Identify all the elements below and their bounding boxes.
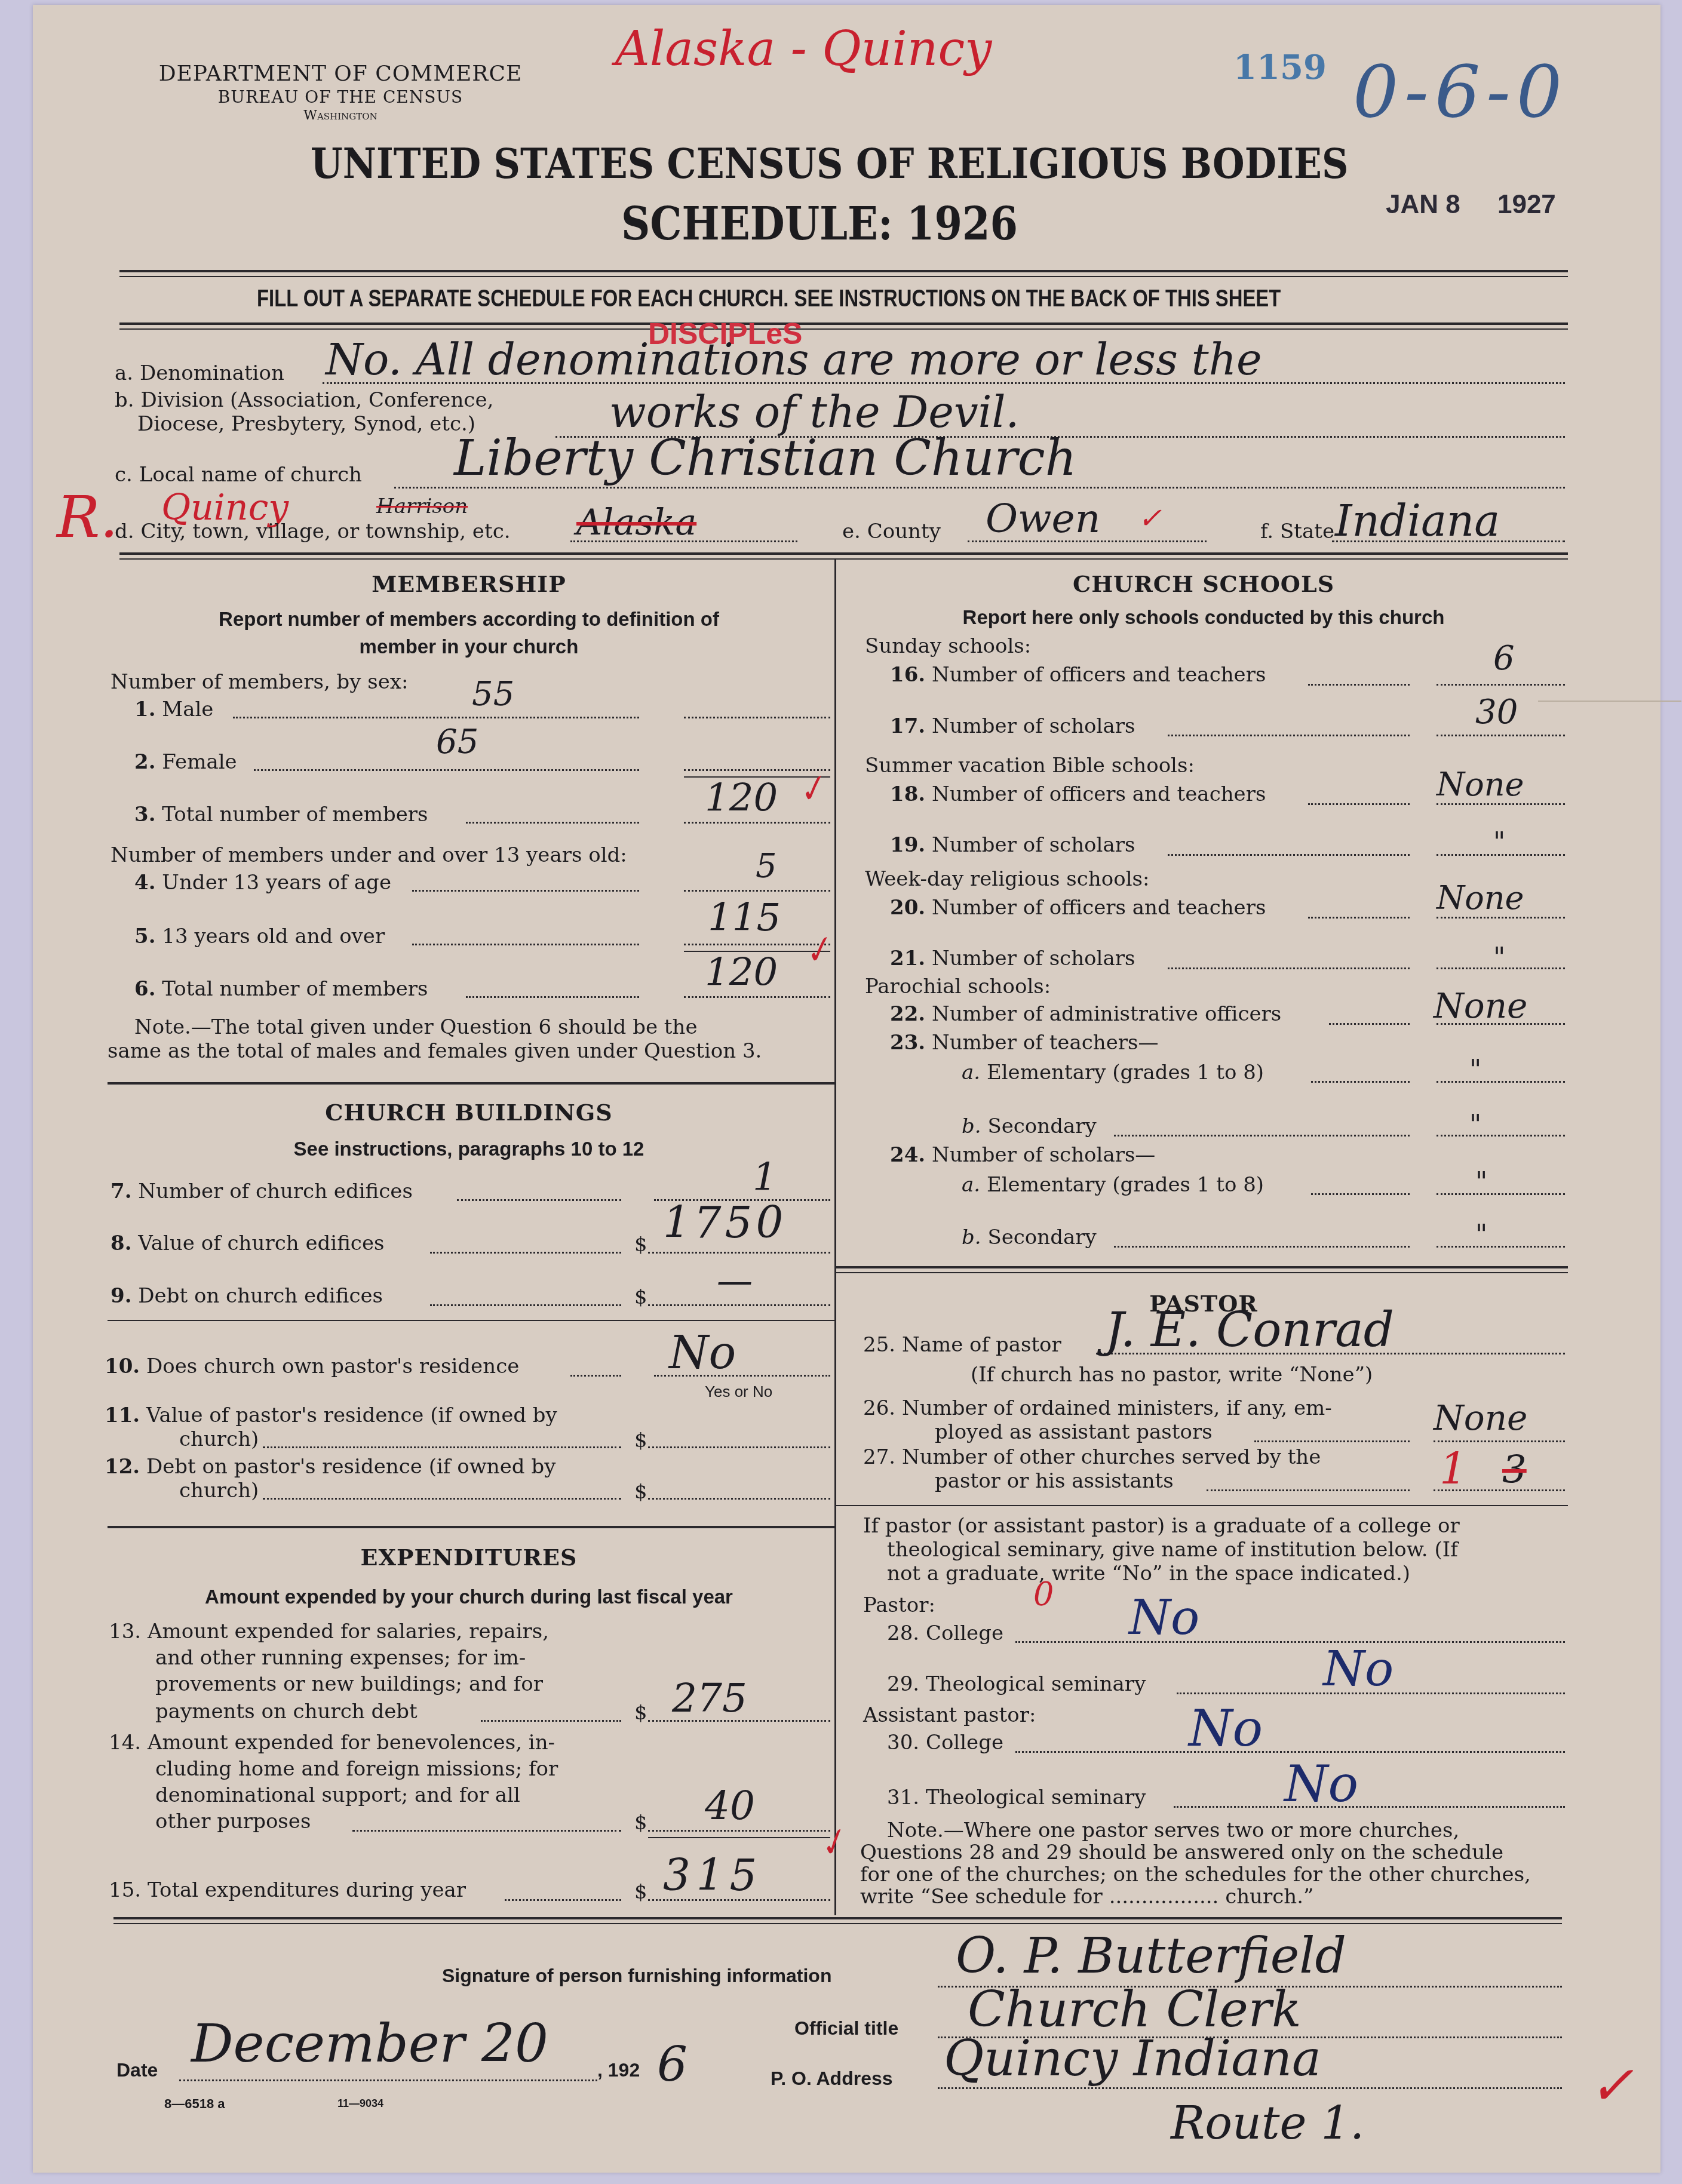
state-label: f. State xyxy=(1260,520,1334,543)
membership-note-1: Note.—The total given under Question 6 s… xyxy=(134,1015,698,1039)
red-check-mark: ✓ xyxy=(1589,2054,1634,2117)
dollar-sign: $ xyxy=(634,1285,647,1309)
margin-red-r-mark: R. xyxy=(57,484,118,551)
q30-value[interactable]: No xyxy=(1189,1699,1263,1758)
denomination-value[interactable]: No. All denominations are more or less t… xyxy=(326,334,1262,385)
over13-label: 5. 13 years old and over xyxy=(134,924,385,948)
female-label: 2. Female xyxy=(134,750,237,774)
schools-title: CHURCH SCHOOLS xyxy=(839,570,1568,597)
q13-value[interactable]: 275 xyxy=(672,1675,747,1721)
header-rule-top xyxy=(119,270,1568,272)
q15-label: 15. Total expenditures during year xyxy=(109,1878,466,1902)
q23b-value[interactable]: " xyxy=(1469,1110,1481,1140)
blue-handwritten-code: 0-6-0 xyxy=(1353,51,1568,134)
owns-residence-label: 10. Does church own pastor's residence xyxy=(105,1354,519,1378)
q14-value[interactable]: 40 xyxy=(705,1783,755,1829)
division-label-1: b. Division (Association, Conference, xyxy=(115,388,493,412)
q17-value[interactable]: 30 xyxy=(1475,693,1518,732)
q23a-label: a. Elementary (grades 1 to 8) xyxy=(962,1061,1264,1085)
expenditures-title: EXPENDITURES xyxy=(108,1544,830,1571)
q14-line-3: denominational support; and for all xyxy=(155,1783,520,1807)
department-header: DEPARTMENT OF COMMERCE BUREAU OF THE CEN… xyxy=(128,62,553,123)
ident-rule-bottom-2 xyxy=(119,558,1568,560)
year-prefix: , 192 xyxy=(597,2059,640,2081)
q20-label: 20. Number of officers and teachers xyxy=(890,896,1266,920)
city-label: d. City, town, village, or township, etc… xyxy=(115,520,511,543)
stamp-year: 1927 xyxy=(1497,190,1556,219)
red-check-mark: ✓ xyxy=(1138,502,1162,535)
q13-line-3: provements or new buildings; and for xyxy=(155,1672,543,1696)
q30-label: 30. College xyxy=(887,1731,1003,1755)
q28-label: 28. College xyxy=(887,1621,1003,1645)
local-name-label: c. Local name of church xyxy=(115,463,362,487)
q31-label: 31. Theological seminary xyxy=(887,1786,1146,1810)
q23-label: 23. Number of teachers— xyxy=(890,1031,1158,1055)
q27-line-1: 27. Number of other churches served by t… xyxy=(863,1445,1321,1469)
residence-debt-label-2: church) xyxy=(179,1479,259,1503)
column-divider xyxy=(834,560,836,1915)
city-value[interactable]: Alaska xyxy=(576,502,696,543)
q24b-value[interactable]: " xyxy=(1475,1220,1487,1250)
total-members-label-6: 6. Total number of members xyxy=(134,977,428,1001)
schools-subtitle: Report here only schools conducted by th… xyxy=(839,606,1568,629)
dept-line-2: BUREAU OF THE CENSUS xyxy=(128,87,553,107)
q14-line-1: 14. Amount expended for benevolences, in… xyxy=(109,1731,555,1755)
membership-note-2: same as the total of males and females g… xyxy=(108,1039,762,1063)
q20-value[interactable]: None xyxy=(1437,879,1524,917)
membership-subtitle-1: Report number of members according to de… xyxy=(108,608,830,631)
expenditures-subtitle: Amount expended by your church during la… xyxy=(108,1586,830,1608)
q23b-label: b. Secondary xyxy=(962,1114,1097,1138)
graduate-instruction-3: not a graduate, write “No” in the space … xyxy=(887,1562,1410,1586)
q23a-value[interactable]: " xyxy=(1469,1055,1481,1085)
ident-rule-bottom xyxy=(119,552,1568,555)
city-correction-harrison: Harrison xyxy=(376,494,468,518)
membership-title: MEMBERSHIP xyxy=(108,570,830,597)
group-summer: Summer vacation Bible schools: xyxy=(865,754,1195,778)
pastor-name-value[interactable]: J. E. Conrad xyxy=(1105,1302,1394,1357)
signature-value[interactable]: O. P. Butterfield xyxy=(956,1928,1346,1985)
red-annotation-alaska-quincy: Alaska - Quincy xyxy=(615,21,992,76)
po-address-line2[interactable]: Route 1. xyxy=(1171,2096,1364,2149)
form-number: 8—6518 a xyxy=(164,2096,225,2112)
q22-value[interactable]: None xyxy=(1434,985,1527,1026)
buildings-subtitle: See instructions, paragraphs 10 to 12 xyxy=(108,1138,830,1160)
q14-line-4: other purposes xyxy=(155,1810,311,1833)
local-name-value[interactable]: Liberty Christian Church xyxy=(454,430,1077,487)
dept-line-3: Washington xyxy=(128,108,553,123)
by-age-label: Number of members under and over 13 year… xyxy=(111,843,627,867)
under13-label: 4. Under 13 years of age xyxy=(134,871,391,895)
edifices-count-label: 7. Number of church edifices xyxy=(111,1179,413,1203)
red-zero-mark: 0 xyxy=(1033,1575,1054,1613)
male-value[interactable]: 55 xyxy=(472,675,514,714)
q27-line-2: pastor or his assistants xyxy=(935,1469,1174,1493)
header-rule-top-2 xyxy=(119,276,1568,277)
q13-line-2: and other running expenses; for im- xyxy=(155,1646,526,1670)
q29-value[interactable]: No xyxy=(1323,1641,1394,1697)
po-address-value[interactable]: Quincy Indiana xyxy=(944,2031,1321,2087)
date-value[interactable]: December 20 xyxy=(191,2013,548,2074)
q13-line-4: payments on church debt xyxy=(155,1700,418,1724)
edifices-value-label: 8. Value of church edifices xyxy=(111,1231,384,1255)
q22-label: 22. Number of administrative officers xyxy=(890,1002,1281,1026)
header-rule-bottom xyxy=(119,322,1568,325)
q28-value[interactable]: No xyxy=(1129,1590,1199,1645)
county-value[interactable]: Owen xyxy=(986,496,1100,542)
q25-hint: (If church has no pastor, write “None”) xyxy=(971,1363,1373,1387)
received-date-stamp: JAN 8 1927 xyxy=(1386,190,1556,220)
total-members-value-3[interactable]: 120 xyxy=(705,776,778,821)
total-members-value-6[interactable]: 120 xyxy=(705,951,778,995)
under13-value[interactable]: 5 xyxy=(756,847,777,886)
county-label: e. County xyxy=(842,520,941,543)
q31-value[interactable]: No xyxy=(1284,1755,1358,1813)
schedule-year: SCHEDULE: 1926 xyxy=(621,197,1018,250)
year-suffix-value[interactable]: 6 xyxy=(657,2036,687,2092)
residence-debt-label-1: 12. Debt on pastor's residence (if owned… xyxy=(105,1455,555,1479)
schools-rule-bottom xyxy=(836,1266,1568,1268)
pastor-note-3: for one of the churches; on the schedule… xyxy=(860,1863,1531,1887)
by-sex-label: Number of members, by sex: xyxy=(111,670,408,694)
q27-value-struck: 3 xyxy=(1502,1448,1527,1492)
residence-value-label-1: 11. Value of pastor's residence (if owne… xyxy=(105,1403,557,1427)
q13-line-1: 13. Amount expended for salaries, repair… xyxy=(109,1620,549,1644)
pastor-note-2: Questions 28 and 29 should be answered o… xyxy=(860,1841,1503,1864)
q16-label: 16. Number of officers and teachers xyxy=(890,663,1266,687)
male-label: 1. Male xyxy=(134,698,213,721)
q17-label: 17. Number of scholars xyxy=(890,714,1135,738)
date-label: Date xyxy=(116,2059,158,2081)
group-weekday: Week-day religious schools: xyxy=(865,867,1149,891)
paper-fold-line xyxy=(1538,701,1681,702)
local-name-line xyxy=(394,487,1565,489)
po-address-label: P. O. Address xyxy=(771,2068,893,2090)
q18-label: 18. Number of officers and teachers xyxy=(890,782,1266,806)
pastor-note-1: Note.—Where one pastor serves two or mor… xyxy=(887,1819,1459,1842)
assistant-pastor-subhead: Assistant pastor: xyxy=(863,1703,1036,1727)
owns-residence-value[interactable]: No xyxy=(669,1326,736,1379)
edifices-value-value[interactable]: 1750 xyxy=(663,1197,787,1248)
membership-rule-bottom xyxy=(108,1082,834,1085)
q24a-value[interactable]: " xyxy=(1475,1167,1487,1197)
official-title-value[interactable]: Church Clerk xyxy=(968,1982,1302,2038)
pastor-subhead: Pastor: xyxy=(863,1593,935,1617)
main-rule-bottom xyxy=(113,1917,1562,1919)
yes-or-no-hint: Yes or No xyxy=(705,1383,772,1401)
group-sunday: Sunday schools: xyxy=(865,634,1031,658)
q18-value[interactable]: None xyxy=(1437,766,1524,803)
q24-label: 24. Number of scholars— xyxy=(890,1143,1155,1167)
q25-label: 25. Name of pastor xyxy=(863,1333,1061,1357)
membership-subtitle-2: member in your church xyxy=(108,635,830,658)
instruction-banner: FILL OUT A SEPARATE SCHEDULE FOR EACH CH… xyxy=(257,285,1281,312)
q19-label: 19. Number of scholars xyxy=(890,833,1135,857)
graduate-instruction-2: theological seminary, give name of insti… xyxy=(887,1538,1458,1562)
form-title: UNITED STATES CENSUS OF RELIGIOUS BODIES xyxy=(311,139,1348,188)
over13-value[interactable]: 115 xyxy=(708,896,781,940)
group-parochial: Parochial schools: xyxy=(865,975,1051,999)
q29-label: 29. Theological seminary xyxy=(887,1672,1146,1696)
header-rule-bottom-2 xyxy=(119,328,1568,330)
q24a-label: a. Elementary (grades 1 to 8) xyxy=(962,1173,1264,1197)
residence-debt-field[interactable] xyxy=(648,1498,830,1500)
q26-line-1: 26. Number of ordained ministers, if any… xyxy=(863,1396,1332,1420)
official-title-label: Official title xyxy=(794,2017,898,2039)
buildings-title: CHURCH BUILDINGS xyxy=(108,1099,830,1126)
residence-value-label-2: church) xyxy=(179,1427,259,1451)
edifices-debt-value[interactable]: — xyxy=(717,1260,753,1302)
q24b-label: b. Secondary xyxy=(962,1225,1097,1249)
q14-line-2: cluding home and foreign missions; for xyxy=(155,1757,558,1781)
q21-label: 21. Number of scholars xyxy=(890,947,1135,970)
dollar-sign: $ xyxy=(634,1233,647,1257)
total-members-label-3: 3. Total number of members xyxy=(134,803,428,827)
dept-line-1: DEPARTMENT OF COMMERCE xyxy=(128,62,553,86)
residence-value-field[interactable] xyxy=(648,1446,830,1448)
edifices-debt-label: 9. Debt on church edifices xyxy=(111,1284,383,1308)
q19-value[interactable]: " xyxy=(1493,827,1505,858)
q15-value[interactable]: 315 xyxy=(663,1850,763,1900)
graduate-instruction-1: If pastor (or assistant pastor) is a gra… xyxy=(863,1514,1460,1538)
q27-value-corrected[interactable]: 1 xyxy=(1439,1444,1467,1494)
stamp-month-day: JAN 8 xyxy=(1386,190,1460,219)
q26-value[interactable]: None xyxy=(1434,1397,1527,1438)
edifices-count-value[interactable]: 1 xyxy=(753,1156,777,1200)
buildings-rule-bottom xyxy=(108,1526,834,1528)
q26-line-2: ployed as assistant pastors xyxy=(935,1420,1213,1444)
q16-value[interactable]: 6 xyxy=(1493,639,1515,678)
denomination-label: a. Denomination xyxy=(115,361,284,385)
pastor-note-4: write “See schedule for ................… xyxy=(860,1885,1313,1909)
female-value[interactable]: 65 xyxy=(436,723,478,761)
division-label-2: Diocese, Presbytery, Synod, etc.) xyxy=(137,412,475,436)
state-value[interactable]: Indiana xyxy=(1335,496,1500,546)
blue-stamp-number: 1159 xyxy=(1233,48,1327,87)
signature-label: Signature of person furnishing informati… xyxy=(442,1965,831,1987)
print-number: 11—9034 xyxy=(337,2097,383,2110)
q21-value[interactable]: " xyxy=(1493,942,1505,973)
